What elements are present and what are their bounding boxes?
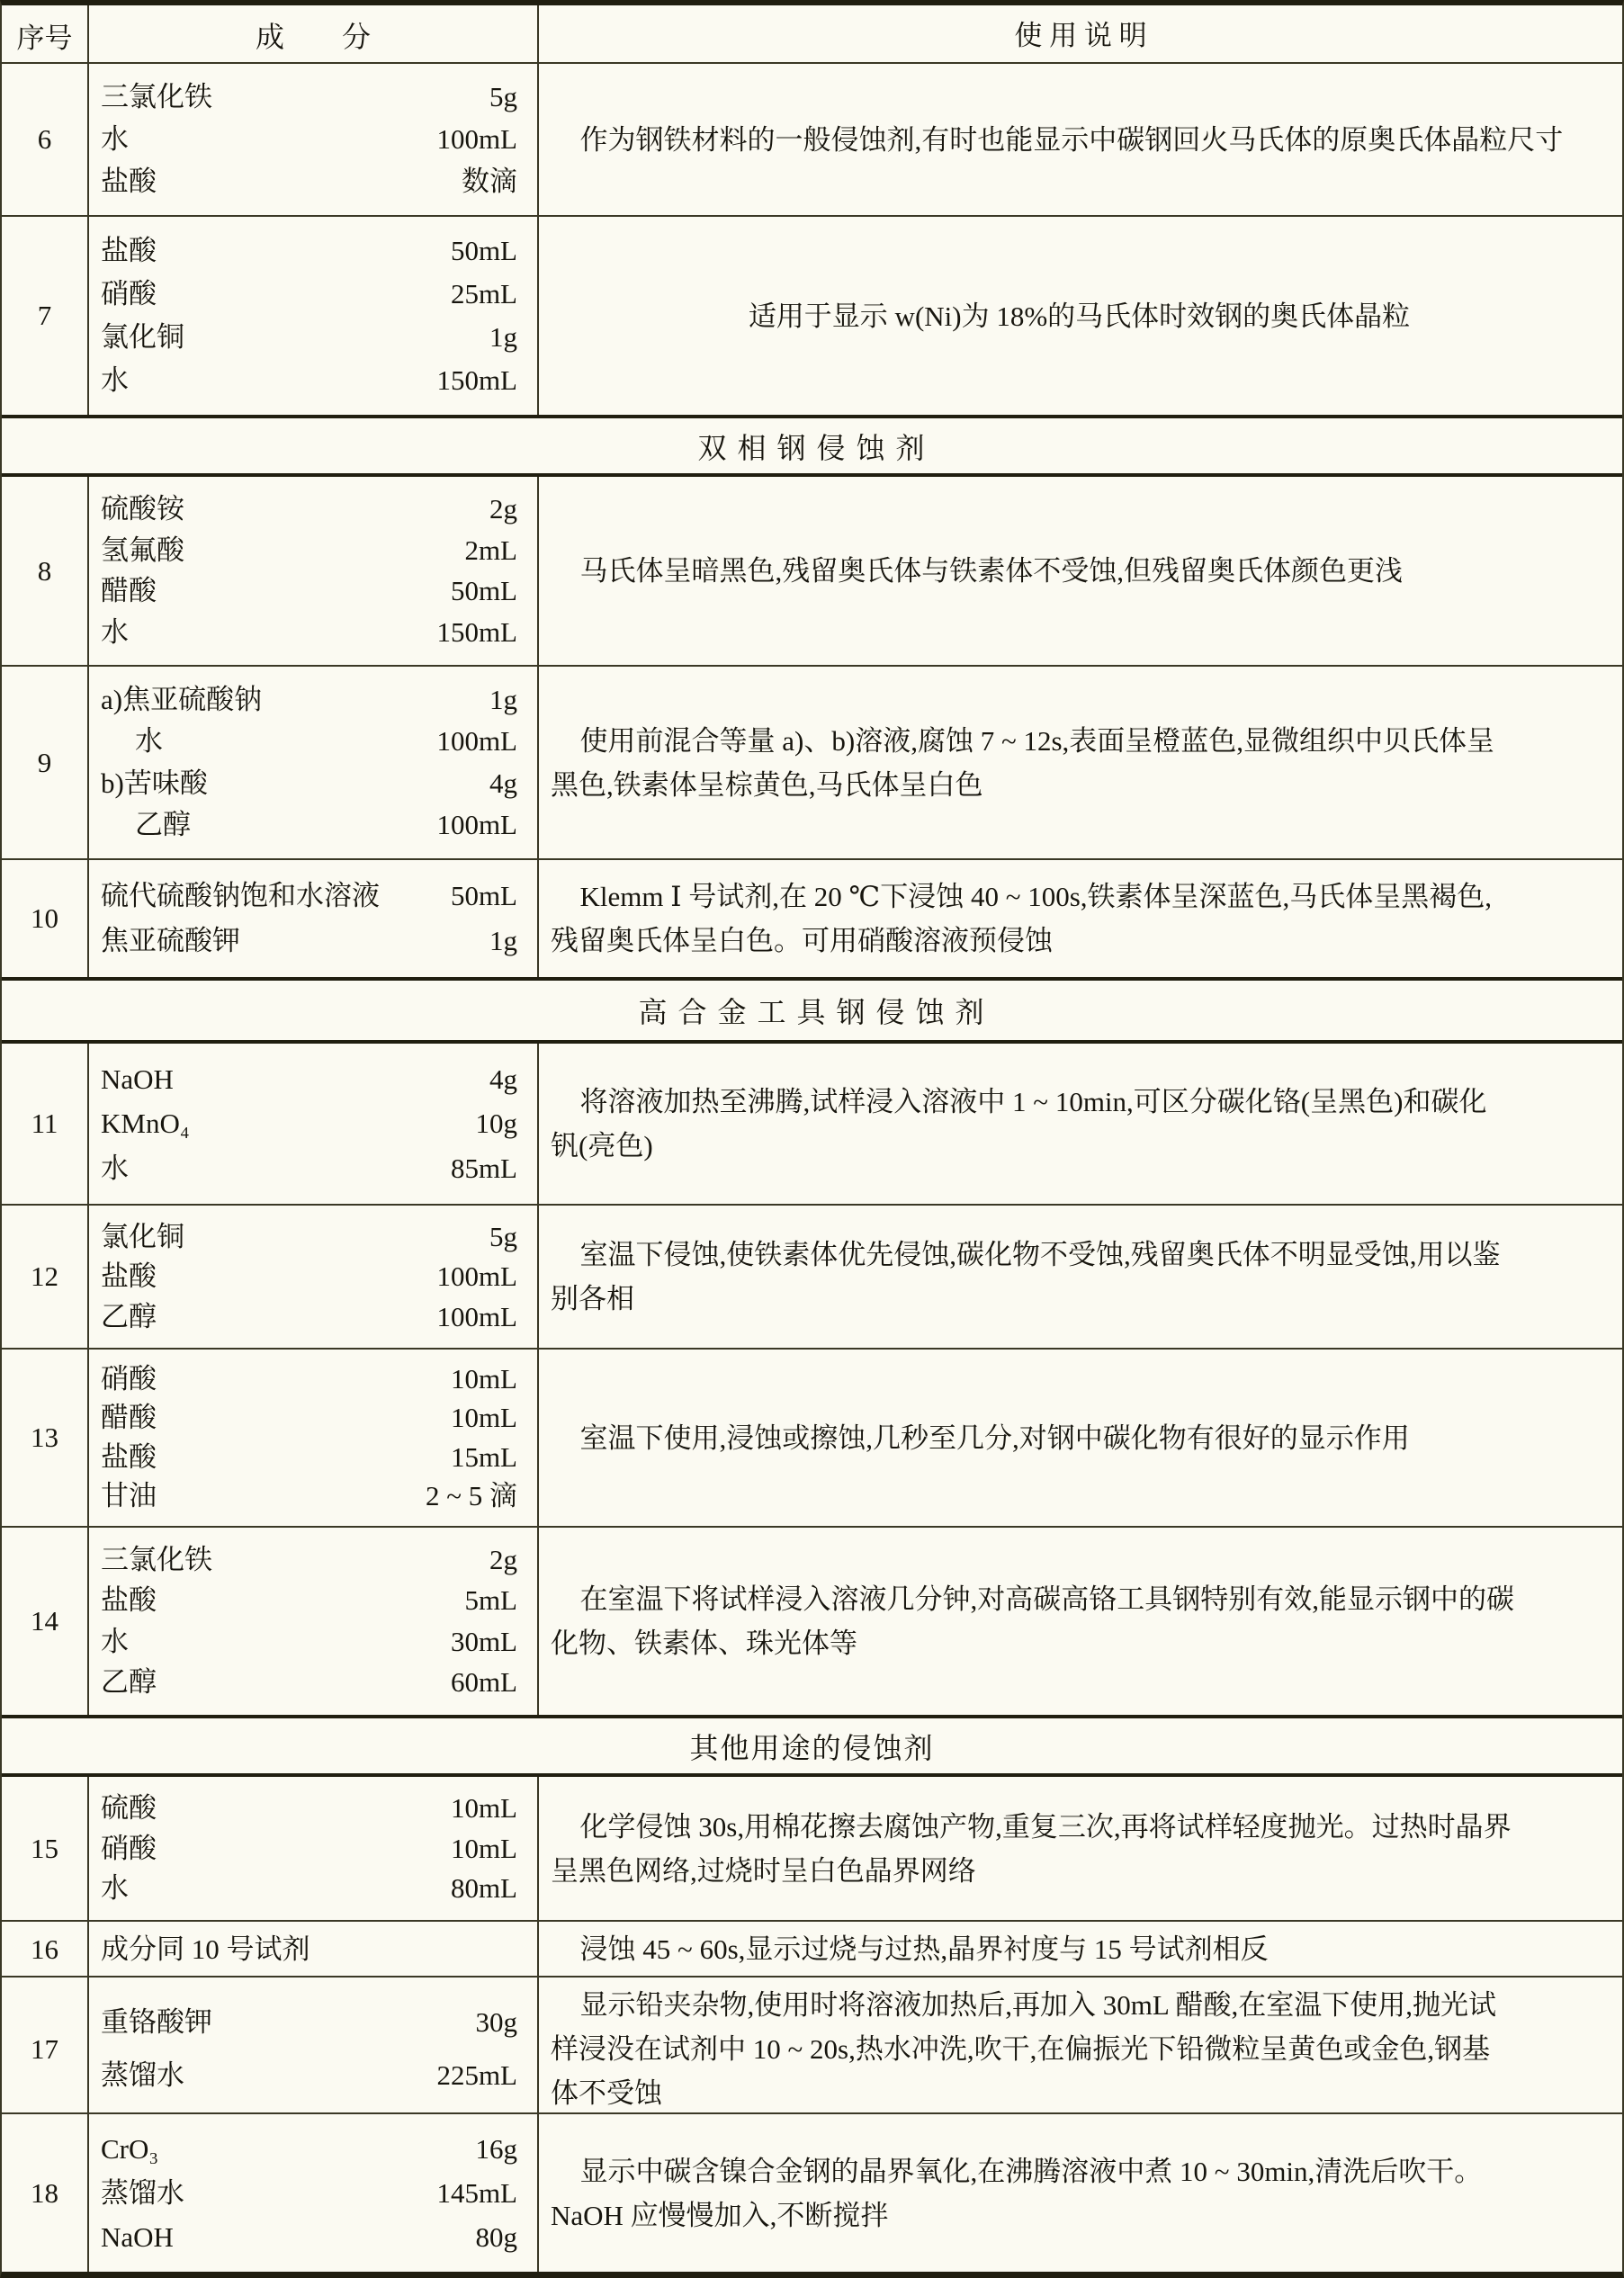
ingredient-line: 水150mL [89, 614, 537, 650]
usage-cell: 浸蚀 45 ~ 60s,显示过烧与过热,晶界衬度与 15 号试剂相反 [539, 1922, 1622, 1977]
ingredient-amount: 30mL [451, 1624, 517, 1660]
ingredient-amount: 150mL [436, 363, 517, 399]
composition-cell: 重铬酸钾30g蒸馏水225mL [89, 1978, 539, 2121]
ingredient-name: 氢氟酸 [101, 533, 184, 569]
table-row: 18CrO₃16g蒸馏水145mLNaOH80g显示中碳含镍合金钢的晶界氧化,在… [2, 2112, 1622, 2273]
ingredient-name: 水 [101, 121, 129, 157]
row-number: 15 [31, 1833, 58, 1865]
ingredient-line: 三氯化铁2g [89, 1542, 537, 1578]
row-number: 12 [31, 1260, 58, 1293]
table-row: 13硝酸10mL醋酸10mL盐酸15mL甘油2 ~ 5 滴室温下使用,浸蚀或擦蚀… [2, 1348, 1622, 1526]
ingredient-name: 氯化铜 [101, 319, 184, 355]
seq-cell: 10 [2, 860, 89, 977]
composition-cell: 硝酸10mL醋酸10mL盐酸15mL甘油2 ~ 5 滴 [89, 1350, 539, 1526]
ingredient-line: 盐酸数滴 [89, 164, 537, 200]
etchant-table: 序号 成 分 使 用 说 明 6三氯化铁5g水100mL盐酸数滴作为钢铁材料的一… [0, 0, 1624, 2278]
ingredient-amount: 10mL [451, 1400, 517, 1436]
ingredient-line: 硫酸10mL [89, 1790, 537, 1826]
usage-cell: 作为钢铁材料的一般侵蚀剂,有时也能显示中碳钢回火马氏体的原奥氏体晶粒尺寸 [539, 64, 1622, 215]
ingredient-name: 硫酸铵 [101, 491, 184, 527]
ingredient-line: KMnO₄10g [89, 1106, 537, 1142]
usage-cell: 适用于显示 w(Ni)为 18%的马氏体时效钢的奥氏体晶粒 [539, 217, 1622, 415]
table-row: 12氯化铜5g盐酸100mL乙醇100mL室温下侵蚀,使铁素体优先侵蚀,碳化物不… [2, 1204, 1622, 1348]
ingredient-line: 甘油2 ~ 5 滴 [89, 1478, 537, 1514]
row-number: 11 [31, 1108, 58, 1140]
ingredient-amount: 5g [489, 79, 517, 115]
ingredient-name: 水 [101, 723, 163, 759]
usage-line: Klemm Ⅰ 号试剂,在 20 ℃下浸蚀 40 ~ 100s,铁素体呈深蓝色,… [551, 874, 1608, 919]
ingredient-amount: 100mL [436, 1299, 517, 1335]
ingredient-line: NaOH4g [89, 1062, 537, 1098]
section-label: 双 相 钢 侵 蚀 剂 [697, 426, 926, 467]
ingredient-line: CrO₃16g [89, 2131, 537, 2167]
ingredient-name: 硫代硫酸钠饱和水溶液 [101, 878, 380, 914]
ingredient-amount: 60mL [451, 1664, 517, 1700]
ingredient-name: CrO₃ [101, 2131, 158, 2167]
ingredient-amount: 25mL [451, 276, 517, 312]
ingredient-line: 焦亚硫酸钾1g [89, 923, 537, 959]
ingredient-name: 水 [101, 1151, 129, 1187]
usage-cell: 将溶液加热至沸腾,试样浸入溶液中 1 ~ 10min,可区分碳化铬(呈黑色)和碳… [539, 1044, 1622, 1204]
ingredient-line: 蒸馏水145mL [89, 2175, 537, 2211]
table-row: 17重铬酸钾30g蒸馏水225mL显示铅夹杂物,使用时将溶液加热后,再加入 30… [2, 1976, 1622, 2112]
ingredient-name: 醋酸 [101, 1400, 157, 1436]
usage-line: 室温下侵蚀,使铁素体优先侵蚀,碳化物不受蚀,残留奥氏体不明显受蚀,用以鉴 [551, 1233, 1608, 1277]
section-row: 双 相 钢 侵 蚀 剂 [2, 415, 1622, 473]
composition-cell: a)焦亚硫酸钠1g水100mLb)苦味酸4g乙醇100mL [89, 667, 539, 858]
ingredient-name: 焦亚硫酸钾 [101, 923, 240, 959]
ingredient-line: 硝酸25mL [89, 276, 537, 312]
table-row: 10硫代硫酸钠饱和水溶液50mL焦亚硫酸钾1gKlemm Ⅰ 号试剂,在 20 … [2, 858, 1622, 977]
ingredient-amount: 2g [489, 491, 517, 527]
usage-line: 化物、铁素体、珠光体等 [551, 1621, 1608, 1665]
ingredient-line: 三氯化铁5g [89, 79, 537, 115]
usage-line: 将溶液加热至沸腾,试样浸入溶液中 1 ~ 10min,可区分碳化铬(呈黑色)和碳… [551, 1080, 1608, 1124]
ingredient-amount: 2g [489, 1542, 517, 1578]
composition-cell: 氯化铜5g盐酸100mL乙醇100mL [89, 1206, 539, 1348]
table-row: 6三氯化铁5g水100mL盐酸数滴作为钢铁材料的一般侵蚀剂,有时也能显示中碳钢回… [2, 62, 1622, 215]
ingredient-line: NaOH80g [89, 2220, 537, 2256]
ingredient-line: 硝酸10mL [89, 1361, 537, 1397]
ingredient-line: 硫酸铵2g [89, 491, 537, 527]
ingredient-name: NaOH [101, 1062, 174, 1098]
ingredient-amount: 10g [476, 1106, 518, 1142]
ingredient-amount: 4g [489, 766, 517, 802]
seq-cell: 13 [2, 1350, 89, 1526]
ingredient-line: 水30mL [89, 1624, 537, 1660]
table-row: 9a)焦亚硫酸钠1g水100mLb)苦味酸4g乙醇100mL使用前混合等量 a)… [2, 665, 1622, 858]
ingredient-amount: 100mL [436, 1259, 517, 1295]
ingredient-amount: 100mL [436, 121, 517, 157]
usage-cell: 显示铅夹杂物,使用时将溶液加热后,再加入 30mL 醋酸,在室温下使用,抛光试样… [539, 1978, 1622, 2121]
ingredient-name: 蒸馏水 [101, 2058, 184, 2094]
ingredient-name: 硝酸 [101, 276, 157, 312]
ingredient-amount: 100mL [436, 723, 517, 759]
ingredient-line: 乙醇100mL [89, 807, 537, 843]
row-number: 14 [31, 1605, 58, 1637]
ingredient-name: 水 [101, 363, 129, 399]
ingredient-line: 硫代硫酸钠饱和水溶液50mL [89, 878, 537, 914]
ingredient-line: 蒸馏水225mL [89, 2058, 537, 2094]
composition-cell: 成分同 10 号试剂 [89, 1922, 539, 1977]
composition-cell: 三氯化铁5g水100mL盐酸数滴 [89, 64, 539, 215]
usage-line: 适用于显示 w(Ni)为 18%的马氏体时效钢的奥氏体晶粒 [551, 294, 1608, 338]
ingredient-line: 水100mL [89, 121, 537, 157]
ingredient-name: 氯化铜 [101, 1219, 184, 1255]
usage-line: 室温下使用,浸蚀或擦蚀,几秒至几分,对钢中碳化物有很好的显示作用 [551, 1416, 1608, 1460]
row-number: 8 [38, 555, 52, 587]
seq-cell: 15 [2, 1777, 89, 1920]
ingredient-line: 盐酸50mL [89, 233, 537, 269]
usage-line: 马氏体呈暗黑色,残留奥氏体与铁素体不受蚀,但残留奥氏体颜色更浅 [551, 549, 1608, 593]
ingredient-line: 乙醇60mL [89, 1664, 537, 1700]
table-row: 15硫酸10mL硝酸10mL水80mL化学侵蚀 30s,用棉花擦去腐蚀产物,重复… [2, 1773, 1622, 1920]
ingredient-name: 三氯化铁 [101, 1542, 212, 1578]
seq-cell: 7 [2, 217, 89, 415]
ingredient-amount: 数滴 [462, 164, 517, 200]
section-row: 高 合 金 工 具 钢 侵 蚀 剂 [2, 977, 1622, 1040]
ingredient-line: 氯化铜5g [89, 1219, 537, 1255]
ingredient-name: 盐酸 [101, 1259, 157, 1295]
usage-cell: 在室温下将试样浸入溶液几分钟,对高碳高铬工具钢特别有效,能显示钢中的碳化物、铁素… [539, 1528, 1622, 1715]
ingredient-name: 盐酸 [101, 1439, 157, 1475]
ingredient-line: 乙醇100mL [89, 1299, 537, 1335]
ingredient-name: 水 [101, 1624, 129, 1660]
composition-cell: NaOH4gKMnO₄10g水85mL [89, 1044, 539, 1204]
table-header: 序号 成 分 使 用 说 明 [2, 5, 1622, 62]
ingredient-line: 水80mL [89, 1870, 537, 1906]
usage-line: 显示中碳含镍合金钢的晶界氧化,在沸腾溶液中煮 10 ~ 30min,清洗后吹干。 [551, 2149, 1608, 2193]
ingredient-amount: 2 ~ 5 滴 [426, 1478, 517, 1514]
composition-cell: 硫酸铵2g氢氟酸2mL醋酸50mL水150mL [89, 477, 539, 665]
usage-cell: 化学侵蚀 30s,用棉花擦去腐蚀产物,重复三次,再将试样轻度抛光。过热时晶界呈黑… [539, 1777, 1622, 1920]
ingredient-name: NaOH [101, 2220, 174, 2256]
ingredient-name: 硝酸 [101, 1831, 157, 1867]
ingredient-amount: 5mL [464, 1583, 517, 1619]
ingredient-name: 醋酸 [101, 573, 157, 609]
ingredient-amount: 50mL [451, 878, 517, 914]
row-number: 10 [31, 902, 58, 935]
ingredient-line: 水85mL [89, 1151, 537, 1187]
ingredient-amount: 225mL [436, 2058, 517, 2094]
ingredient-amount: 2mL [464, 533, 517, 569]
table-row: 16成分同 10 号试剂浸蚀 45 ~ 60s,显示过烧与过热,晶界衬度与 15… [2, 1920, 1622, 1976]
row-number: 6 [38, 123, 52, 156]
ingredient-line: 氢氟酸2mL [89, 533, 537, 569]
ingredient-amount: 5g [489, 1219, 517, 1255]
row-number: 7 [38, 300, 52, 332]
ingredient-line: 重铬酸钾30g [89, 2004, 537, 2040]
ingredient-line: 硝酸10mL [89, 1831, 537, 1867]
ingredient-name: 蒸馏水 [101, 2175, 184, 2211]
seq-cell: 6 [2, 64, 89, 215]
usage-line: 残留奥氏体呈白色。可用硝酸溶液预侵蚀 [551, 919, 1608, 963]
table-row: 14三氯化铁2g盐酸5mL水30mL乙醇60mL在室温下将试样浸入溶液几分钟,对… [2, 1526, 1622, 1715]
seq-cell: 16 [2, 1922, 89, 1977]
ingredient-amount: 16g [476, 2131, 518, 2167]
ingredient-amount: 1g [489, 682, 517, 718]
section-label: 高 合 金 工 具 钢 侵 蚀 剂 [638, 990, 985, 1031]
usage-line: 钒(亮色) [551, 1124, 1608, 1168]
seq-cell: 14 [2, 1528, 89, 1715]
usage-line: 化学侵蚀 30s,用棉花擦去腐蚀产物,重复三次,再将试样轻度抛光。过热时晶界 [551, 1805, 1608, 1849]
table-row: 11NaOH4gKMnO₄10g水85mL将溶液加热至沸腾,试样浸入溶液中 1 … [2, 1040, 1622, 1204]
composition-cell: 硫酸10mL硝酸10mL水80mL [89, 1777, 539, 1920]
ingredient-name: KMnO₄ [101, 1106, 190, 1142]
seq-cell: 17 [2, 1978, 89, 2121]
ingredient-line: 水100mL [89, 723, 537, 759]
ingredient-amount: 10mL [451, 1361, 517, 1397]
ingredient-line: a)焦亚硫酸钠1g [89, 682, 537, 718]
row-number: 18 [31, 2177, 58, 2210]
ingredient-amount: 10mL [451, 1790, 517, 1826]
ingredient-name: 水 [101, 1870, 129, 1906]
ingredient-name: 盐酸 [101, 233, 157, 269]
seq-cell: 12 [2, 1206, 89, 1348]
table-row: 8硫酸铵2g氢氟酸2mL醋酸50mL水150mL马氏体呈暗黑色,残留奥氏体与铁素… [2, 473, 1622, 665]
header-composition-cell: 成 分 [89, 5, 539, 65]
ingredient-amount: 30g [476, 2004, 518, 2040]
ingredient-amount: 15mL [451, 1439, 517, 1475]
composition-cell: 硫代硫酸钠饱和水溶液50mL焦亚硫酸钾1g [89, 860, 539, 977]
seq-cell: 11 [2, 1044, 89, 1204]
ingredient-amount: 150mL [436, 614, 517, 650]
ingredient-name: 硫酸 [101, 1790, 157, 1826]
seq-cell: 8 [2, 477, 89, 665]
ingredient-amount: 1g [489, 923, 517, 959]
ingredient-name: 盐酸 [101, 1583, 157, 1619]
ingredient-name: 乙醇 [101, 1664, 157, 1700]
ingredient-amount: 10mL [451, 1831, 517, 1867]
ingredient-name: 乙醇 [101, 1299, 157, 1335]
row-number: 16 [31, 1933, 58, 1966]
usage-cell: Klemm Ⅰ 号试剂,在 20 ℃下浸蚀 40 ~ 100s,铁素体呈深蓝色,… [539, 860, 1622, 977]
usage-line: 黑色,铁素体呈棕黄色,马氏体呈白色 [551, 763, 1608, 807]
usage-cell: 室温下使用,浸蚀或擦蚀,几秒至几分,对钢中碳化物有很好的显示作用 [539, 1350, 1622, 1526]
row-number: 17 [31, 2033, 58, 2066]
usage-line: 体不受蚀 [551, 2071, 1608, 2115]
section-row: 其他用途的侵蚀剂 [2, 1715, 1622, 1773]
ingredient-line: b)苦味酸4g [89, 766, 537, 802]
ingredient-name: 三氯化铁 [101, 79, 212, 115]
header-usage-cell: 使 用 说 明 [539, 5, 1622, 65]
ingredient-name: 甘油 [101, 1478, 157, 1514]
ingredient-amount: 80g [476, 2220, 518, 2256]
ingredient-name: 水 [101, 614, 129, 650]
seq-cell: 18 [2, 2114, 89, 2273]
seq-cell: 9 [2, 667, 89, 858]
usage-line: 别各相 [551, 1277, 1608, 1321]
section-label: 其他用途的侵蚀剂 [689, 1726, 934, 1767]
usage-line: NaOH 应慢慢加入,不断搅拌 [551, 2193, 1608, 2238]
ingredient-line: 盐酸5mL [89, 1583, 537, 1619]
usage-cell: 马氏体呈暗黑色,残留奥氏体与铁素体不受蚀,但残留奥氏体颜色更浅 [539, 477, 1622, 665]
table-body: 6三氯化铁5g水100mL盐酸数滴作为钢铁材料的一般侵蚀剂,有时也能显示中碳钢回… [2, 62, 1622, 2273]
ingredient-name: 成分同 10 号试剂 [101, 1932, 310, 1968]
ingredient-name: b)苦味酸 [101, 766, 208, 802]
row-number: 9 [38, 747, 52, 779]
usage-line: 浸蚀 45 ~ 60s,显示过烧与过热,晶界衬度与 15 号试剂相反 [551, 1927, 1608, 1971]
ingredient-name: 硝酸 [101, 1361, 157, 1397]
header-composition-label: 成 分 [256, 14, 371, 56]
row-number: 13 [31, 1422, 58, 1454]
usage-line: 作为钢铁材料的一般侵蚀剂,有时也能显示中碳钢回火马氏体的原奥氏体晶粒尺寸 [551, 118, 1608, 162]
ingredient-line: 水150mL [89, 363, 537, 399]
ingredient-name: a)焦亚硫酸钠 [101, 682, 262, 718]
ingredient-line: 盐酸15mL [89, 1439, 537, 1475]
header-seq-cell: 序号 [2, 5, 89, 65]
usage-line: 样浸没在试剂中 10 ~ 20s,热水冲洗,吹干,在偏振光下铅微粒呈黄色或金色,… [551, 2027, 1608, 2071]
ingredient-name: 乙醇 [101, 807, 191, 843]
ingredient-line: 氯化铜1g [89, 319, 537, 355]
usage-line: 在室温下将试样浸入溶液几分钟,对高碳高铬工具钢特别有效,能显示钢中的碳 [551, 1577, 1608, 1621]
ingredient-amount: 145mL [436, 2175, 517, 2211]
ingredient-amount: 100mL [436, 807, 517, 843]
usage-cell: 室温下侵蚀,使铁素体优先侵蚀,碳化物不受蚀,残留奥氏体不明显受蚀,用以鉴别各相 [539, 1206, 1622, 1348]
table-row: 7盐酸50mL硝酸25mL氯化铜1g水150mL适用于显示 w(Ni)为 18%… [2, 215, 1622, 415]
usage-line: 呈黑色网络,过烧时呈白色晶界网络 [551, 1849, 1608, 1893]
composition-cell: 盐酸50mL硝酸25mL氯化铜1g水150mL [89, 217, 539, 415]
ingredient-amount: 80mL [451, 1870, 517, 1906]
ingredient-amount: 50mL [451, 233, 517, 269]
header-seq-label: 序号 [17, 15, 73, 56]
ingredient-amount: 1g [489, 319, 517, 355]
ingredient-amount: 85mL [451, 1151, 517, 1187]
composition-cell: CrO₃16g蒸馏水145mLNaOH80g [89, 2114, 539, 2273]
header-usage-label: 使 用 说 明 [1014, 13, 1146, 58]
ingredient-line: 成分同 10 号试剂 [89, 1932, 537, 1968]
ingredient-line: 醋酸50mL [89, 573, 537, 609]
ingredient-name: 重铬酸钾 [101, 2004, 212, 2040]
ingredient-name: 盐酸 [101, 164, 157, 200]
usage-line: 显示铅夹杂物,使用时将溶液加热后,再加入 30mL 醋酸,在室温下使用,抛光试 [551, 1983, 1608, 2027]
composition-cell: 三氯化铁2g盐酸5mL水30mL乙醇60mL [89, 1528, 539, 1715]
usage-cell: 使用前混合等量 a)、b)溶液,腐蚀 7 ~ 12s,表面呈橙蓝色,显微组织中贝… [539, 667, 1622, 858]
ingredient-amount: 4g [489, 1062, 517, 1098]
ingredient-line: 盐酸100mL [89, 1259, 537, 1295]
usage-cell: 显示中碳含镍合金钢的晶界氧化,在沸腾溶液中煮 10 ~ 30min,清洗后吹干。… [539, 2114, 1622, 2273]
ingredient-line: 醋酸10mL [89, 1400, 537, 1436]
usage-line: 使用前混合等量 a)、b)溶液,腐蚀 7 ~ 12s,表面呈橙蓝色,显微组织中贝… [551, 719, 1608, 763]
ingredient-amount: 50mL [451, 573, 517, 609]
